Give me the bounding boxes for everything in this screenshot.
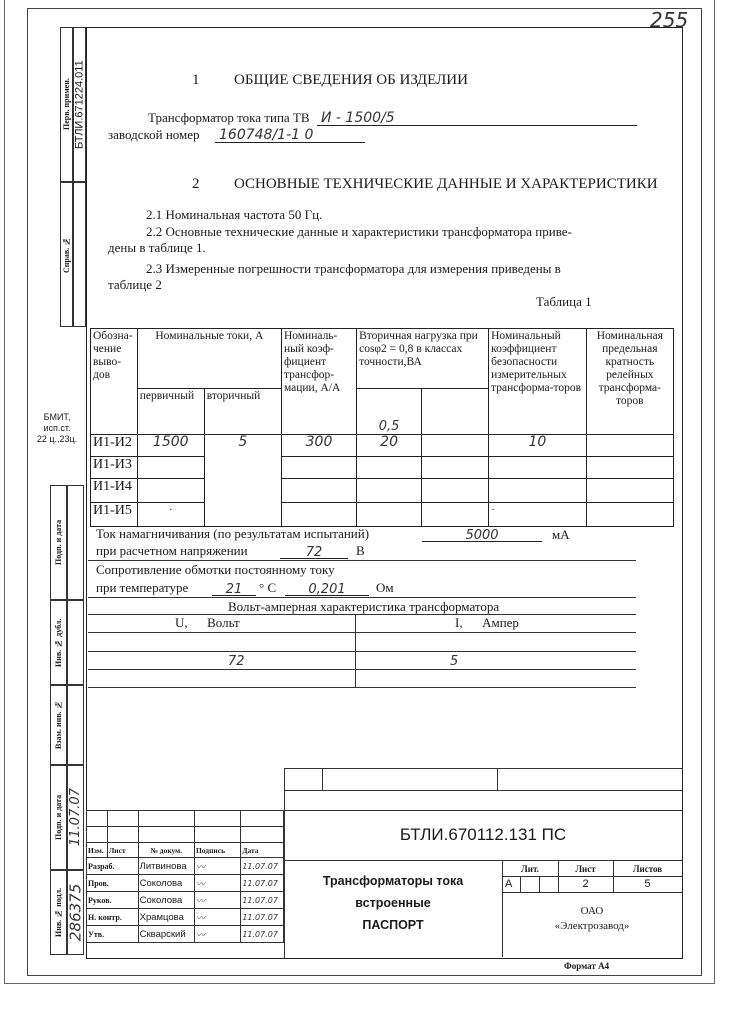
sign-date: 11.07.07 [241,875,284,892]
role: Разраб. [87,858,139,875]
note-line: исп.ст. [28,423,86,434]
para-2-2b: дены в таблице 1. [108,240,206,256]
rule [88,632,636,633]
cell-primary: 1500 [137,435,204,457]
cell-ratio [281,457,356,479]
cell-ratio [281,503,356,527]
signature: 〰 [194,875,240,892]
signature: 〰 [194,926,240,943]
listov-label: Листов [613,864,682,874]
table-row: И1-И2 1500 5 300 20 10 [91,435,674,457]
cell-load-1: 20 [357,435,422,457]
cell-term: И1-И2 [91,435,138,457]
person-name: Храмцова [138,909,194,926]
vac-u-value: 72 [228,654,245,669]
th-text: Номинальные токи, А [155,330,263,342]
vzam-inv-label: Взам. инв. № [50,685,67,765]
th-load: Вторичная нагрузка при cosφ2 = 0,8 в кла… [357,329,489,389]
para-2-3a: 2.3 Измеренные погрешности трансформатор… [146,261,666,277]
cell-load-1 [357,503,422,527]
cell-safety [489,479,587,503]
para-2-2a: 2.2 Основные технические данные и характ… [146,224,666,240]
th-text: Номинальная предельная кратность релейны… [597,330,663,407]
sign-date: 11.07.07 [241,858,284,875]
page-number: 255 [650,8,688,32]
stamp-row: Руков. Соколова 〰 11.07.07 [87,892,284,909]
organization: ОАО «Электрозавод» [502,904,682,934]
cell-load-2 [422,503,489,527]
title-line-1: Трансформаторы тока [284,870,502,892]
inv-dubl-value [67,600,84,685]
sprav-label: Справ. № [60,182,73,327]
person-name: Скварский [138,926,194,943]
cell-safety [489,457,587,479]
temp-value: 21 [226,582,243,597]
stamp-divider [520,876,521,892]
perv-primen-label: Перв. примен. [60,27,73,182]
org-line-2: «Электрозавод» [502,919,682,934]
para-2-3b: таблице 2 [108,277,162,293]
th-text: Номинальный коэффициент безопасности изм… [491,330,581,394]
stamp-rule [284,790,682,791]
serial-field: 160748/1-1 0 [215,126,365,143]
type-value: И - 1500/5 [317,110,395,126]
cell-term: И1-И4 [91,479,138,503]
mag-unit: мА [552,527,570,543]
hdr-date: Дата [241,843,284,858]
table-caption: Таблица 1 [536,294,592,310]
cell-primary [137,457,204,479]
table-row: И1-И4 [91,479,674,503]
doc-code: БТЛИ.670112.131 ПС [284,825,682,845]
th-text: Вторичная нагрузка при cosφ2 = 0,8 в кла… [359,330,478,368]
hdr-izm: Изм. [87,843,108,858]
lit-label: Лит. [502,864,558,874]
note-line: БМИТ, [28,412,86,423]
note-line: 22 ц.,23ц. [28,434,86,445]
th-text: Обозна-чение выво-дов [93,330,133,381]
rule [88,669,636,670]
temp-label: при температуре [96,580,188,596]
stamp-row: Н. контр. Храмцова 〰 11.07.07 [87,909,284,926]
signature: 〰 [194,892,240,909]
cell-load-2 [422,457,489,479]
serial-value: 160748/1-1 0 [215,127,313,143]
rule [88,597,636,598]
cell-load-2 [422,479,489,503]
temp-unit: ° С [259,580,276,596]
volt-value: 72 [306,545,323,560]
volt-unit: В [356,543,365,559]
org-line-1: ОАО [502,904,682,919]
product-title: Трансформаторы тока встроенные ПАСПОРТ [284,870,502,936]
type-field: И - 1500/5 [317,109,637,126]
person-name: Соколова [138,875,194,892]
table-row: И1-И5 · · [91,503,674,527]
table-row: И1-И3 [91,457,674,479]
podp-data-value [67,485,84,600]
title-line-3: ПАСПОРТ [284,914,502,936]
hdr-sign: Подпись [194,843,240,858]
person-name: Литвинова [138,858,194,875]
vac-i-header: I, Ампер [455,615,519,631]
th-load-class-2 [422,389,489,435]
podp-data-label: Подп. и дата [50,485,67,600]
stamp-row: Утв. Скварский 〰 11.07.07 [87,926,284,943]
cell-secondary-merged: 5 [204,435,281,527]
th-secondary: вторичный [204,389,281,435]
hdr-doc: № докум. [138,843,194,858]
stamp-row: Пров. Соколова 〰 11.07.07 [87,875,284,892]
vac-u-header: U, Вольт [175,615,240,631]
stamp-row: Разраб. Литвинова 〰 11.07.07 [87,858,284,875]
res-value: 0,201 [308,582,345,597]
th-nominal-currents: Номинальные токи, А [137,329,281,389]
th-designation: Обозна-чение выво-дов [91,329,138,435]
th-safety: Номинальный коэффициент безопасности изм… [489,329,587,435]
sign-date: 11.07.07 [241,909,284,926]
section1-title: ОБЩИЕ СВЕДЕНИЯ ОБ ИЗДЕЛИИ [234,72,468,89]
res-label: Сопротивление обмотки постоянному току [96,562,335,578]
sign-date: 11.07.07 [241,892,284,909]
section2-title: ОСНОВНЫЕ ТЕХНИЧЕСКИЕ ДАННЫЕ И ХАРАКТЕРИС… [234,176,658,193]
margin-note: БМИТ, исп.ст. 22 ц.,23ц. [28,412,86,445]
stamp-divider [322,768,323,790]
sign-date: 11.07.07 [241,926,284,943]
vzam-inv-value [67,685,84,765]
role: Н. контр. [87,909,139,926]
section1-number: 1 [192,72,200,89]
cell-limit [586,479,673,503]
role: Утв. [87,926,139,943]
format-label: Формат А4 [564,961,609,971]
th-text: вторичный [207,390,261,402]
cell-term: И1-И5 [91,503,138,527]
vac-i-value: 5 [450,654,458,669]
res-unit: Ом [376,580,394,596]
mag-value: 5000 [465,528,498,543]
stamp-rule [284,768,682,769]
section2-number: 2 [192,176,200,193]
temp-field: 21 [212,580,256,596]
rule [88,651,636,652]
lit-value: А [505,878,512,890]
th-limit: Номинальная предельная кратность релейны… [586,329,673,435]
title-line-2: встроенные [284,892,502,914]
role: Руков. [87,892,139,909]
podp-data2-value: 11.07.07 [67,765,84,870]
signature: 〰 [194,909,240,926]
stamp-divider [539,876,540,892]
cell-load-2 [422,435,489,457]
cell-limit [586,435,673,457]
inv-podl-label: Инв. № подл. [50,870,67,955]
cell-primary [137,479,204,503]
list-label: Лист [558,864,613,874]
type-label: Трансформатор тока типа ТВ [148,110,310,126]
inv-podl-value: 286375 [67,870,84,955]
rule [88,614,636,615]
cell-term: И1-И3 [91,457,138,479]
person-name: Соколова [138,892,194,909]
res-field: 0,201 [285,580,369,596]
listov-value: 5 [613,878,682,890]
cell-ratio: 300 [281,435,356,457]
podp-data2-label: Подп. и дата [50,765,67,870]
stamp-rule [502,892,682,893]
cell-ratio [281,479,356,503]
vac-title: Вольт-амперная характеристика трансформа… [228,599,499,615]
cell-load-1 [357,457,422,479]
stamp-divider [497,768,498,790]
role: Пров. [87,875,139,892]
cell-load-1 [357,479,422,503]
table-1: Обозна-чение выво-дов Номинальные токи, … [90,328,674,527]
stamp-rule [284,860,682,861]
list-value: 2 [558,878,613,890]
th-ratio: Номиналь-ный коэф-фициент трансфор-мации… [281,329,356,435]
th-primary: первичный [137,389,204,435]
perv-primen-value: БТЛИ.671224.011 [73,27,86,182]
rule [88,687,636,688]
volt-label: при расчетном напряжении [96,543,248,559]
volt-field: 72 [280,543,348,559]
mag-label: Ток намагничивания (по результатам испыт… [96,526,369,542]
hdr-list: Лист [107,843,138,858]
serial-label: заводской номер [108,127,200,143]
mag-field: 5000 [422,526,542,542]
sprav-value [73,182,86,327]
th-load-class-1: 0,5 [357,389,422,435]
cell-limit [586,503,673,527]
cell-limit [586,457,673,479]
rule [88,560,636,561]
cell-safety: 10 [489,435,587,457]
cell-safety: · [489,503,587,527]
revision-table: Изм. Лист № докум. Подпись Дата Разраб. … [86,810,284,943]
stamp-rule [502,876,682,877]
th-text: Номиналь-ный коэф-фициент трансфор-мации… [284,330,340,394]
para-2-1: 2.1 Номинальная частота 50 Гц. [146,207,322,223]
inv-dubl-label: Инв. № дубл. [50,600,67,685]
th-text: первичный [140,390,194,402]
cell-primary: · [137,503,204,527]
signature: 〰 [194,858,240,875]
